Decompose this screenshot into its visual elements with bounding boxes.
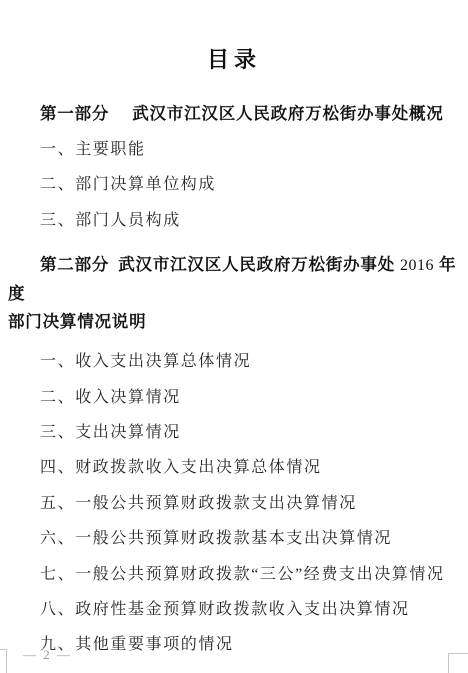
section-2-title: 武汉市江汉区人民政府万松街办事处 xyxy=(118,256,395,274)
toc-item: 三、支出决算情况 xyxy=(40,415,468,450)
toc-item: 二、收入决算情况 xyxy=(40,380,468,415)
toc-item: 九、其他重要事项的情况 xyxy=(40,627,468,662)
section-2-title-line2: 部门决算情况说明 xyxy=(8,313,146,331)
page-number: — 2 — xyxy=(23,647,72,663)
toc-item: 三、部门人员构成 xyxy=(40,203,468,238)
section-1-heading: 第一部分武汉市江汉区人民政府万松街办事处概况 xyxy=(40,104,468,124)
toc-item: 一、收入支出决算总体情况 xyxy=(40,344,468,379)
section-2-heading: 第二部分武汉市江汉区人民政府万松街办事处2016年度 部门决算情况说明 xyxy=(8,251,468,336)
section-2-item-list: 一、收入支出决算总体情况 二、收入决算情况 三、支出决算情况 四、财政拨款收入支… xyxy=(40,344,468,663)
section-2-year: 2016 xyxy=(400,257,434,274)
section-2-label: 第二部分 xyxy=(40,256,109,274)
toc-item: 二、部门决算单位构成 xyxy=(40,167,468,202)
section-1-title: 武汉市江汉区人民政府万松街办事处概况 xyxy=(132,105,443,123)
document-page: 目录 第一部分武汉市江汉区人民政府万松街办事处概况 一、主要职能 二、部门决算单… xyxy=(0,0,468,673)
scan-corner-mark-left xyxy=(0,649,7,673)
toc-item: 五、一般公共预算财政拨款支出决算情况 xyxy=(40,486,468,521)
toc-item: 一、主要职能 xyxy=(40,132,468,167)
page-title: 目录 xyxy=(0,0,468,73)
scan-corner-mark-right xyxy=(448,653,468,673)
toc-item: 六、一般公共预算财政拨款基本支出决算情况 xyxy=(40,521,468,556)
toc-item: 四、财政拨款收入支出决算总体情况 xyxy=(40,450,468,485)
toc-item: 七、一般公共预算财政拨款“三公”经费支出决算情况 xyxy=(40,557,468,592)
section-1-item-list: 一、主要职能 二、部门决算单位构成 三、部门人员构成 xyxy=(40,132,468,238)
toc-item: 八、政府性基金预算财政拨款收入支出决算情况 xyxy=(40,592,468,627)
section-1-label: 第一部分 xyxy=(40,105,109,123)
